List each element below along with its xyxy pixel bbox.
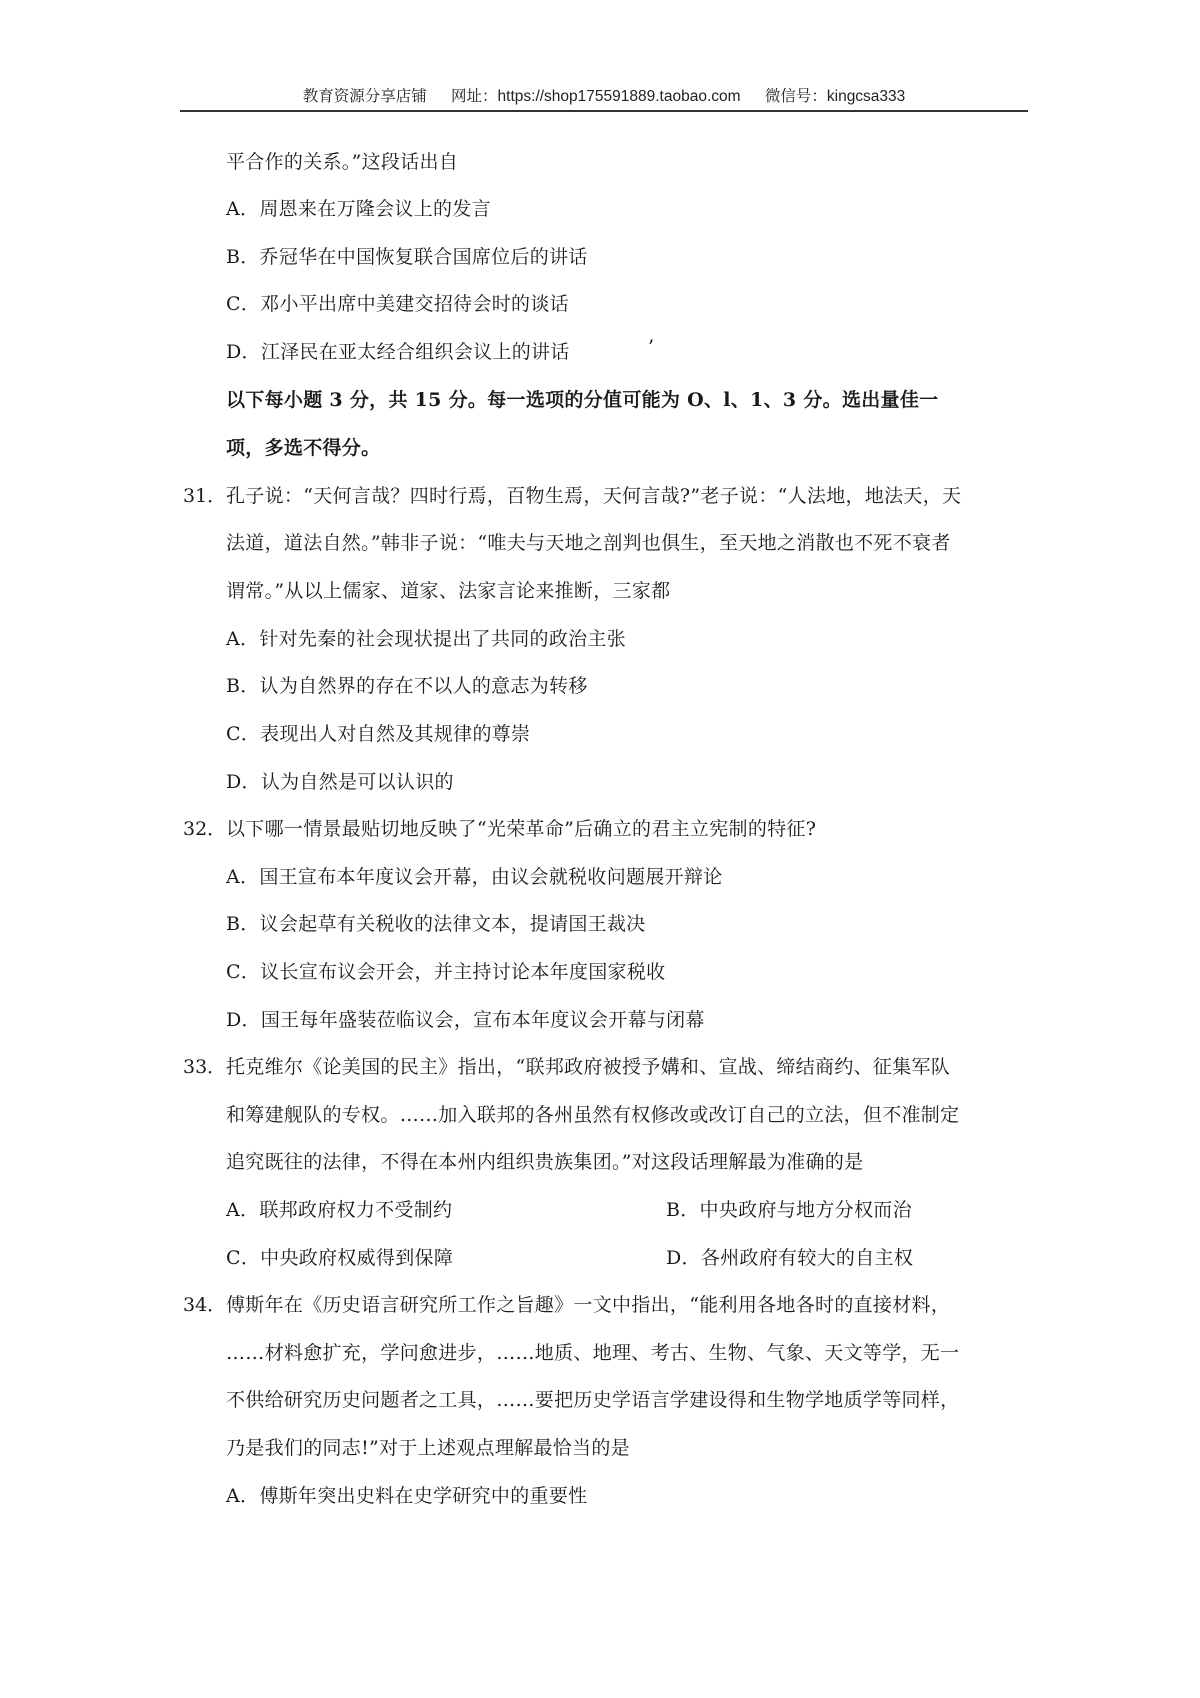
- question-34-line: ……材料愈扩充，学问愈进步，……地质、地理、考古、生物、气象、天文等学，无一: [226, 1341, 959, 1365]
- question-33-line: 和筹建舰队的专权。……加入联邦的各州虽然有权修改或改订自己的立法，但不准制定: [226, 1103, 959, 1127]
- question-32-option-b: B．议会起草有关税收的法律文本，提请国王裁决: [226, 912, 646, 936]
- question-33-number: 33．: [183, 1055, 226, 1079]
- section-instruction-line1: 以下每小题 3 分，共 15 分。每一选项的分值可能为 O、l、1、3 分。选出…: [226, 388, 938, 412]
- question-31-number: 31．: [183, 484, 226, 508]
- question-31-line: 谓常。”从以上儒家、道家、法家言论来推断，三家都: [226, 579, 670, 603]
- question-34-line: 傅斯年在《历史语言研究所工作之旨趣》一文中指出，“能利用各地各时的直接材料，: [226, 1293, 950, 1317]
- question-31-option-a: A．针对先秦的社会现状提出了共同的政治主张: [226, 627, 626, 651]
- question-34-option-a: A．傅斯年突出史料在史学研究中的重要性: [226, 1484, 587, 1508]
- stray-mark: ’: [648, 335, 654, 359]
- section-instruction-line2: 项，多选不得分。: [226, 436, 380, 460]
- question-33-line: 托克维尔《论美国的民主》指出，“联邦政府被授予媾和、宣战、缔结商约、征集军队: [226, 1055, 950, 1079]
- question-31-line: 孔子说：“天何言哉？四时行焉，百物生焉，天何言哉?”老子说：“人法地，地法天，天: [226, 484, 961, 508]
- question-33-option-b: B．中央政府与地方分权而治: [666, 1198, 912, 1222]
- prev-question-tail: 平合作的关系。”这段话出自: [226, 150, 458, 174]
- prev-option-d: D．江泽民在亚太经合组织会议上的讲话: [226, 340, 570, 364]
- page-header: 教育资源分享店铺 网址：https://shop175591889.taobao…: [180, 84, 1028, 110]
- question-33-option-a: A．联邦政府权力不受制约: [226, 1198, 452, 1222]
- prev-option-a: A．周恩来在万隆会议上的发言: [226, 197, 491, 221]
- question-31-option-b: B．认为自然界的存在不以人的意志为转移: [226, 674, 588, 698]
- question-33-option-d: D．各州政府有较大的自主权: [666, 1246, 913, 1270]
- prev-option-b: B．乔冠华在中国恢复联合国席位后的讲话: [226, 245, 588, 269]
- shop-name: 教育资源分享店铺: [303, 88, 427, 105]
- wechat-id: 微信号：kingcsa333: [765, 88, 905, 105]
- header-divider: [180, 110, 1028, 112]
- question-32-number: 32．: [183, 817, 226, 841]
- question-34-line: 乃是我们的同志!”对于上述观点理解最恰当的是: [226, 1436, 630, 1460]
- prev-option-c: C．邓小平出席中美建交招待会时的谈话: [226, 292, 569, 316]
- question-33-line: 追究既往的法律，不得在本州内组织贵族集团。”对这段话理解最为准确的是: [226, 1150, 863, 1174]
- shop-url: 网址：https://shop175591889.taobao.com: [451, 88, 741, 105]
- question-33-option-c: C．中央政府权威得到保障: [226, 1246, 453, 1270]
- question-32-option-d: D．国王每年盛装莅临议会，宣布本年度议会开幕与闭幕: [226, 1008, 705, 1032]
- question-34-number: 34．: [183, 1293, 226, 1317]
- question-31-option-c: C．表现出人对自然及其规律的尊崇: [226, 722, 530, 746]
- question-31-line: 法道，道法自然。”韩非子说：“唯夫与天地之剖判也俱生，至天地之消散也不死不衰者: [226, 531, 951, 555]
- question-32-option-c: C．议长宣布议会开会，并主持讨论本年度国家税收: [226, 960, 665, 984]
- question-32-option-a: A．国王宣布本年度议会开幕，由议会就税收问题展开辩论: [226, 865, 723, 889]
- question-34-line: 不供给研究历史问题者之工具，……要把历史学语言学建设得和生物学地质学等同样，: [226, 1388, 959, 1412]
- question-32-line: 以下哪一情景最贴切地反映了“光荣革命”后确立的君主立宪制的特征?: [226, 817, 816, 841]
- question-31-option-d: D．认为自然是可以认识的: [226, 770, 454, 794]
